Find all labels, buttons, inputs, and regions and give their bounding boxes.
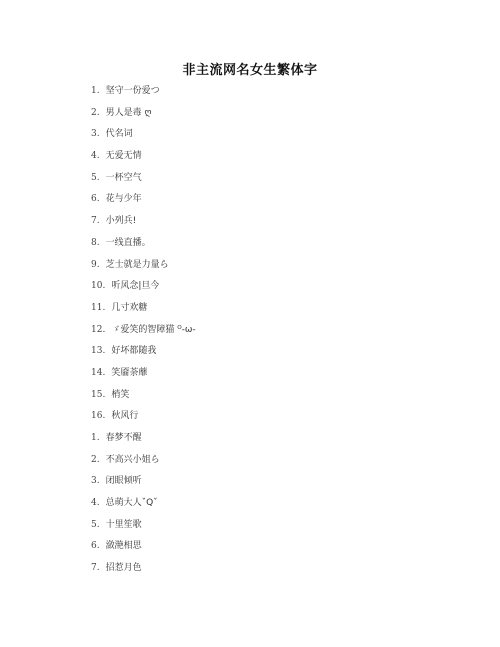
list-item-text: 不高兴小姐ら: [106, 453, 160, 467]
list-item-text: 好坏都随我: [111, 344, 156, 358]
list-item-number: 16.: [91, 409, 105, 423]
list-item-text: 代名词: [106, 127, 133, 141]
document-title: 非主流网名女生繁体字: [0, 59, 500, 78]
list-item-number: 2.: [91, 453, 100, 467]
list-item-text: 小列兵!: [106, 214, 137, 228]
list-item: 16.秋风行: [91, 409, 196, 431]
list-item: 7.小列兵!: [91, 214, 196, 236]
list-item: 2.男人是毒 ღ: [91, 106, 196, 128]
list-item-number: 13.: [91, 344, 105, 358]
list-item-text: 招惹月色: [106, 561, 142, 575]
list-item-text: 潋滟相思: [106, 539, 142, 553]
list-item-number: 4.: [91, 496, 100, 510]
list-item-text: 秋风行: [111, 409, 138, 423]
list-item: 5.十里笙歌: [91, 518, 196, 540]
list-item-text: 芝士就是力量ら: [106, 258, 169, 272]
document-page: 非主流网名女生繁体字 1.坚守一份爱つ2.男人是毒 ღ3.代名词4.无爱无情5.…: [0, 0, 500, 647]
list-item: 3.闭眼倾听: [91, 474, 196, 496]
list-item: 13.好坏都随我: [91, 344, 196, 366]
list-item: 9.芝士就是力量ら: [91, 258, 196, 280]
list-item: 4.无爱无情: [91, 149, 196, 171]
list-item-text: 一杯空气: [106, 171, 142, 185]
list-item: 14.笑靥荼蘼: [91, 366, 196, 388]
list-item-text: 坚守一份爱つ: [106, 84, 160, 98]
list-item-number: 14.: [91, 366, 105, 380]
list-item-number: 9.: [91, 258, 100, 272]
list-item-number: 4.: [91, 149, 100, 163]
list-item: 6.潋滟相思: [91, 539, 196, 561]
list-item: 1.春梦不醒: [91, 431, 196, 453]
list-item: 10.听风念|旦今: [91, 279, 196, 301]
list-item-text: 梢笑: [111, 388, 129, 402]
list-item-text: ゞ爱笑的智障猫 ᴼ-ω-: [111, 323, 195, 337]
list-item-text: 闭眼倾听: [106, 474, 142, 488]
list-item-number: 1.: [91, 84, 100, 98]
list-item-number: 7.: [91, 214, 100, 228]
list-item: 7.招惹月色: [91, 561, 196, 583]
list-item-number: 12.: [91, 323, 105, 337]
list-item: 4.总萌大人ˇQˇ: [91, 496, 196, 518]
name-list: 1.坚守一份爱つ2.男人是毒 ღ3.代名词4.无爱无情5.一杯空气6.花与少年7…: [91, 84, 196, 583]
list-item: 1.坚守一份爱つ: [91, 84, 196, 106]
list-item-text: 男人是毒 ღ: [106, 106, 152, 120]
list-item-text: 听风念|旦今: [111, 279, 159, 293]
list-item-text: 春梦不醒: [106, 431, 142, 445]
list-item-number: 15.: [91, 388, 105, 402]
list-item: 5.一杯空气: [91, 171, 196, 193]
list-item-number: 10.: [91, 279, 105, 293]
list-item-number: 11.: [91, 301, 105, 315]
list-item-text: 花与少年: [106, 192, 142, 206]
list-item: 12.ゞ爱笑的智障猫 ᴼ-ω-: [91, 323, 196, 345]
list-item-number: 6.: [91, 192, 100, 206]
list-item-number: 6.: [91, 539, 100, 553]
list-item-text: 十里笙歌: [106, 518, 142, 532]
list-item-number: 3.: [91, 127, 100, 141]
list-item: 3.代名词: [91, 127, 196, 149]
list-item-text: 总萌大人ˇQˇ: [106, 496, 158, 510]
list-item: 2.不高兴小姐ら: [91, 453, 196, 475]
list-item-text: 笑靥荼蘼: [111, 366, 147, 380]
list-item-text: 无爱无情: [106, 149, 142, 163]
list-item-number: 8.: [91, 236, 100, 250]
list-item-number: 5.: [91, 518, 100, 532]
list-item-number: 3.: [91, 474, 100, 488]
list-item-number: 5.: [91, 171, 100, 185]
list-item: 11.几寸欢糖: [91, 301, 196, 323]
list-item-number: 2.: [91, 106, 100, 120]
list-item-number: 7.: [91, 561, 100, 575]
list-item: 6.花与少年: [91, 192, 196, 214]
list-item-text: 几寸欢糖: [111, 301, 147, 315]
list-item-text: 一线直播。: [106, 236, 151, 250]
list-item: 8.一线直播。: [91, 236, 196, 258]
list-item: 15.梢笑: [91, 388, 196, 410]
list-item-number: 1.: [91, 431, 100, 445]
